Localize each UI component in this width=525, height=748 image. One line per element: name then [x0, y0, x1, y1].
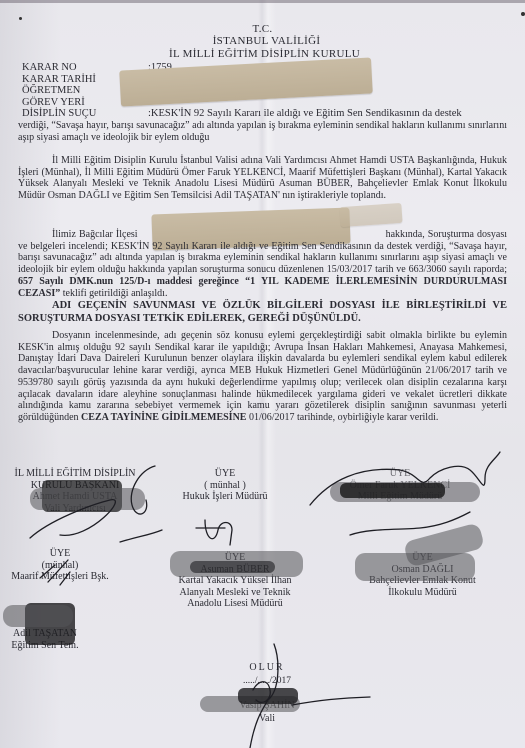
approval-date: ...../...../2017 — [212, 676, 322, 688]
header-kurul: İL MİLLİ EĞİTİM DİSİPLİN KURULU — [2, 48, 525, 61]
approval-title: OLUR — [212, 662, 322, 674]
redaction — [3, 605, 73, 627]
signature-legal-affairs: ÜYE ( münhal ) Hukuk İşleri Müdürü — [170, 468, 280, 503]
paragraph-decision: Dosyanın incelenmesinde, adı geçenin söz… — [18, 330, 507, 424]
paragraph-board-members: İl Milli Eğitim Disiplin Kurulu İstanbul… — [18, 155, 507, 202]
signature-inspectors: ÜYE (münhal) Maarif Müfettişleri Bşk. — [5, 548, 115, 583]
redaction — [340, 483, 445, 498]
document-page: T.C. İSTANBUL VALİLİĞİ İL MİLLİ EĞİTİM D… — [0, 0, 525, 748]
speck — [19, 17, 22, 20]
meta-row-disiplin-sucu: DİSİPLİN SUÇU:KESK'İN 92 Sayılı Kararı i… — [22, 108, 503, 120]
header-valilik: İSTANBUL VALİLİĞİ — [4, 35, 525, 48]
redaction-tape — [339, 203, 402, 227]
paper-top-edge — [0, 0, 525, 3]
redaction — [190, 561, 275, 573]
paragraph-merged: ADI GEÇENİN SAVUNMASI VE ÖZLÜK BİLGİLERİ… — [18, 300, 507, 325]
redaction — [238, 688, 298, 704]
approval-role: Vali — [212, 713, 322, 725]
paragraph-investigation: İlimiz Bağcılar İlçesihakkında, Soruştur… — [18, 229, 507, 299]
offense-text: verdiği, “Savaşa hayır, barışı savunacağ… — [18, 120, 507, 143]
redaction — [30, 488, 145, 510]
speck — [521, 12, 525, 16]
